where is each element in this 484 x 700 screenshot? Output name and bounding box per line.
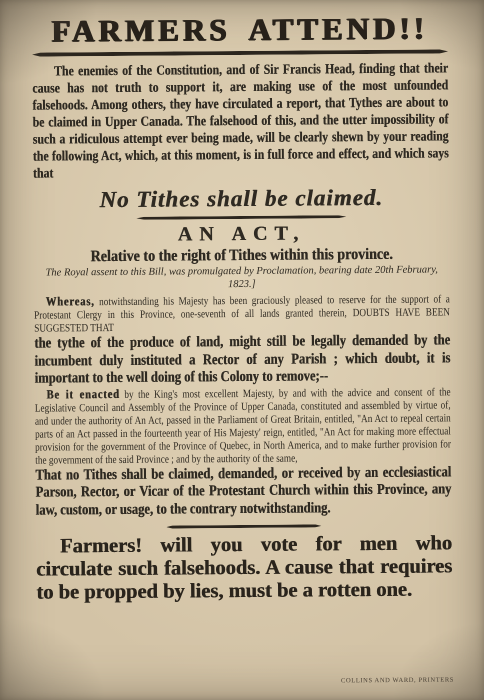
doubt-emphasis-paragraph: the tythe of the produce of land, might …: [34, 332, 450, 388]
title-divider-rule: [32, 49, 448, 56]
enactment-paragraph: Be it enacted by the King's most excelle…: [35, 385, 451, 467]
whereas-body-text: notwithstanding his Majesty has been gra…: [34, 293, 450, 334]
slogan-line: No Tithes shall be claimed.: [33, 184, 449, 213]
slogan-divider-rule: [136, 215, 346, 220]
whereas-paragraph: Whereas, notwithstanding his Majesty has…: [34, 292, 450, 335]
closing-paragraph: Farmers! will you vote for men who circu…: [36, 532, 453, 604]
poster-sheet: FARMERS ATTEND!! The enemies of the Cons…: [0, 0, 484, 605]
broadside-poster: FARMERS ATTEND!! The enemies of the Cons…: [0, 0, 484, 700]
closing-divider-rule: [166, 524, 321, 528]
printer-imprint: COLLINS AND WARD, PRINTERS: [341, 677, 454, 685]
royal-assent-note: The Royal assent to this Bill, was promu…: [42, 264, 442, 292]
enactment-emphasis-paragraph: That no Tithes shall be claimed, demande…: [35, 464, 451, 520]
act-heading: AN ACT,: [33, 221, 449, 247]
enacted-lead-words: Be it enacted: [46, 386, 119, 401]
poster-title: FARMERS ATTEND!!: [32, 10, 448, 49]
act-subheading: Relative to the right of Tithes within t…: [59, 245, 425, 267]
intro-paragraph: The enemies of the Constitution, and of …: [32, 60, 449, 182]
whereas-lead-word: Whereas,: [46, 294, 95, 308]
